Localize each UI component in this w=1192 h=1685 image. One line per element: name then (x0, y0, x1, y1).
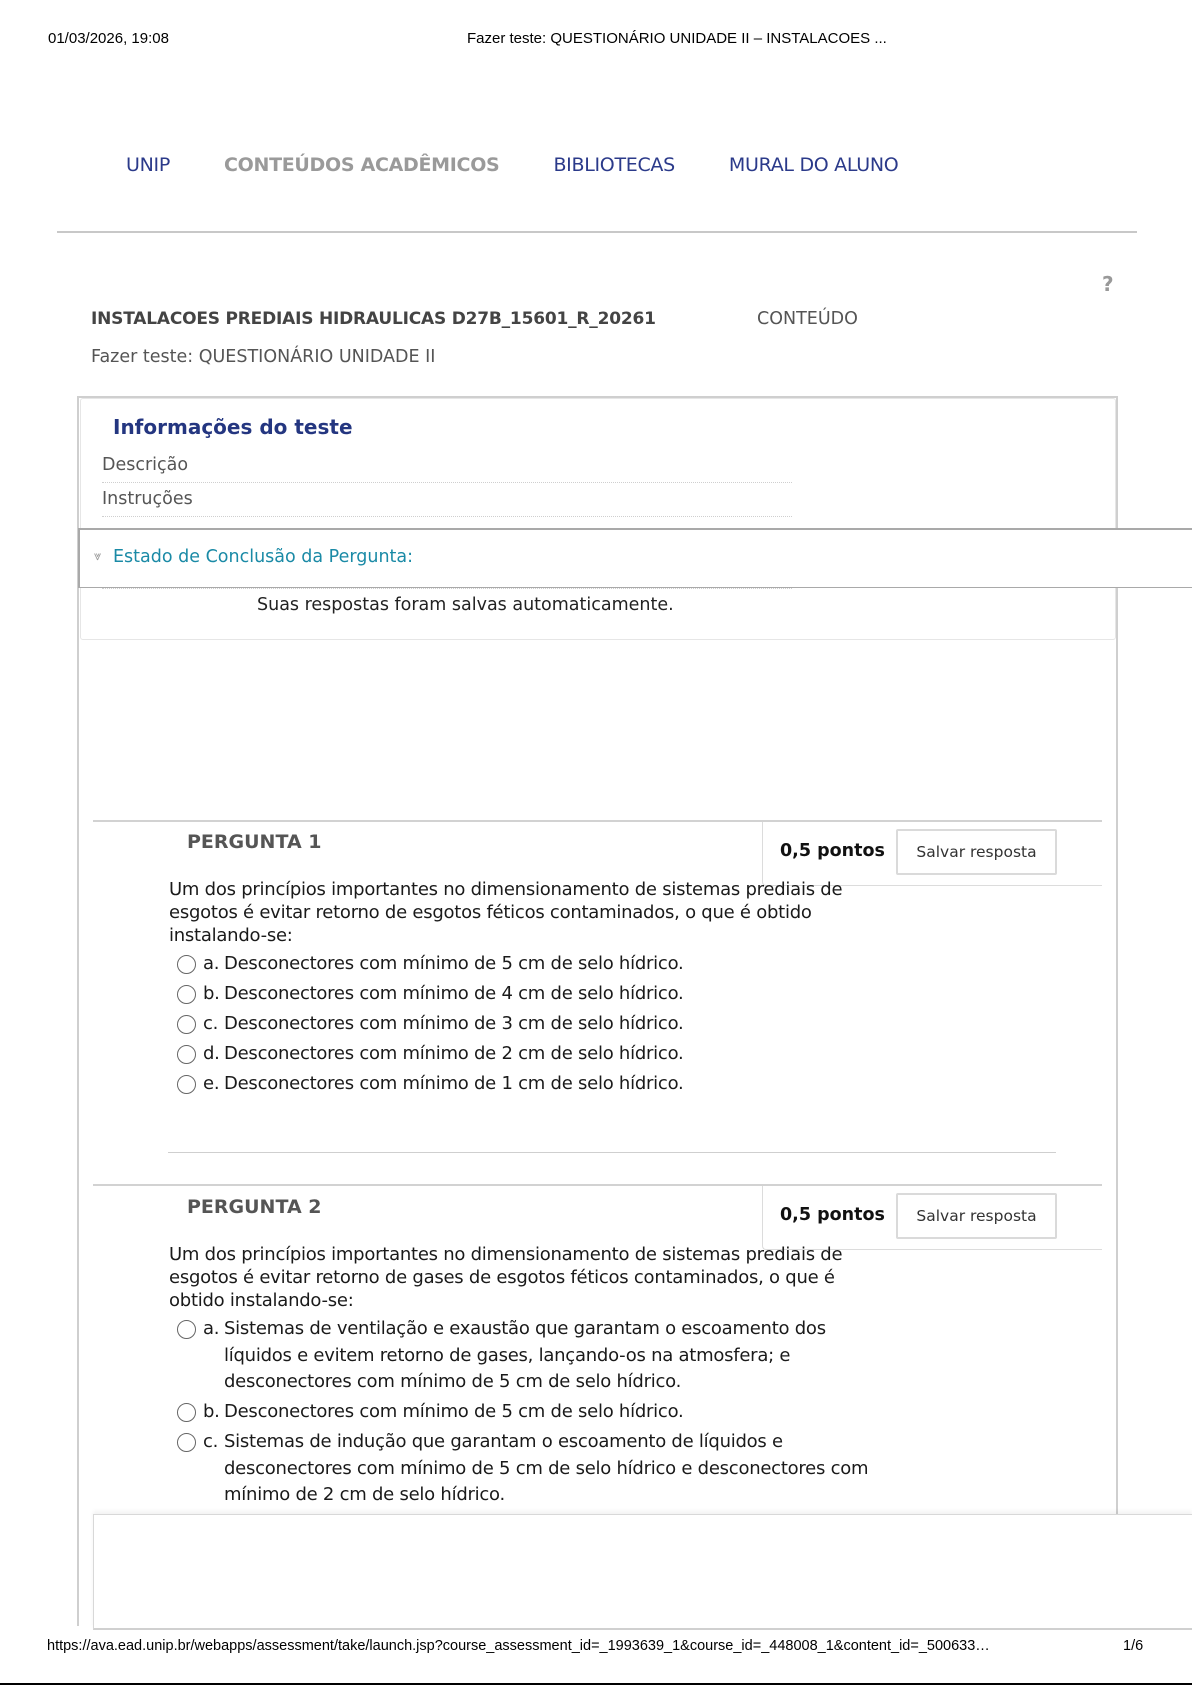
question-1-option-d[interactable]: d. Desconectores com mínimo de 2 cm de s… (177, 1041, 877, 1068)
submit-footer-panel (93, 1514, 1192, 1630)
nav-mural-do-aluno[interactable]: MURAL DO ALUNO (729, 154, 899, 184)
print-footer: https://ava.ead.unip.br/webapps/assessme… (0, 1638, 1192, 1658)
question-1-option-a[interactable]: a. Desconectores com mínimo de 5 cm de s… (177, 951, 877, 978)
radio-button[interactable] (177, 1045, 196, 1064)
radio-button[interactable] (177, 955, 196, 974)
print-doc-title: Fazer teste: QUESTIONÁRIO UNIDADE II – I… (467, 30, 887, 47)
autosave-message: Suas respostas foram salvas automaticame… (257, 595, 674, 615)
radio-button[interactable] (177, 1015, 196, 1034)
status-divider (102, 588, 792, 589)
nav-unip[interactable]: UNIP (126, 154, 170, 184)
question-2-points: 0,5 pontos (780, 1205, 885, 1225)
course-title[interactable]: INSTALACOES PREDIAIS HIDRAULICAS D27B_15… (91, 309, 656, 329)
print-datetime: 01/03/2026, 19:08 (48, 30, 169, 47)
question-2-option-b[interactable]: b. Desconectores com mínimo de 5 cm de s… (177, 1399, 877, 1426)
nav-divider (57, 231, 1137, 233)
question-2-label: PERGUNTA 2 (187, 1196, 321, 1218)
description-label[interactable]: Descrição (102, 455, 792, 483)
breadcrumb-conteudo[interactable]: CONTEÚDO (757, 309, 858, 329)
page-url: https://ava.ead.unip.br/webapps/assessme… (47, 1638, 990, 1654)
question-1-options: a. Desconectores com mínimo de 5 cm de s… (177, 951, 877, 1101)
question-1-points: 0,5 pontos (780, 841, 885, 861)
question-2-points-box: 0,5 pontos Salvar resposta (762, 1186, 1102, 1250)
page-title: Fazer teste: QUESTIONÁRIO UNIDADE II (91, 347, 435, 367)
test-info-title: Informações do teste (113, 415, 353, 439)
question-1-points-box: 0,5 pontos Salvar resposta (762, 822, 1102, 886)
save-answer-button-2[interactable]: Salvar resposta (896, 1193, 1057, 1239)
top-navigation: UNIP CONTEÚDOS ACADÊMICOS BIBLIOTECAS MU… (126, 154, 952, 184)
question-1-option-b[interactable]: b. Desconectores com mínimo de 4 cm de s… (177, 981, 877, 1008)
radio-button[interactable] (177, 1075, 196, 1094)
nav-bibliotecas[interactable]: BIBLIOTECAS (553, 154, 674, 184)
nav-conteudos-academicos[interactable]: CONTEÚDOS ACADÊMICOS (224, 154, 499, 184)
question-2-options: a. Sistemas de ventilação e exaustão que… (177, 1316, 877, 1512)
save-answer-button-1[interactable]: Salvar resposta (896, 829, 1057, 875)
question-1-option-c[interactable]: c. Desconectores com mínimo de 3 cm de s… (177, 1011, 877, 1038)
radio-button[interactable] (177, 1403, 196, 1422)
double-chevron-down-icon: ⩔ (94, 549, 101, 564)
completion-status-label[interactable]: Estado de Conclusão da Pergunta: (113, 547, 413, 567)
print-header: 01/03/2026, 19:08 Fazer teste: QUESTIONÁ… (0, 30, 1192, 50)
question-1-label: PERGUNTA 1 (187, 831, 321, 853)
question-2-text: Um dos princípios importantes no dimensi… (169, 1243, 859, 1312)
question-1-text: Um dos princípios importantes no dimensi… (169, 878, 859, 947)
question-completion-status[interactable]: ⩔ Estado de Conclusão da Pergunta: (78, 528, 1192, 588)
radio-button[interactable] (177, 985, 196, 1004)
instructions-label[interactable]: Instruções (102, 489, 792, 517)
question-2-option-a[interactable]: a. Sistemas de ventilação e exaustão que… (177, 1316, 877, 1396)
help-icon[interactable]: ? (1102, 272, 1114, 296)
question-1-option-e[interactable]: e. Desconectores com mínimo de 1 cm de s… (177, 1071, 877, 1098)
question-2-option-c[interactable]: c. Sistemas de indução que garantam o es… (177, 1429, 877, 1509)
page-number: 1/6 (1123, 1638, 1143, 1654)
radio-button[interactable] (177, 1320, 196, 1339)
question-separator (168, 1152, 1056, 1153)
radio-button[interactable] (177, 1433, 196, 1452)
